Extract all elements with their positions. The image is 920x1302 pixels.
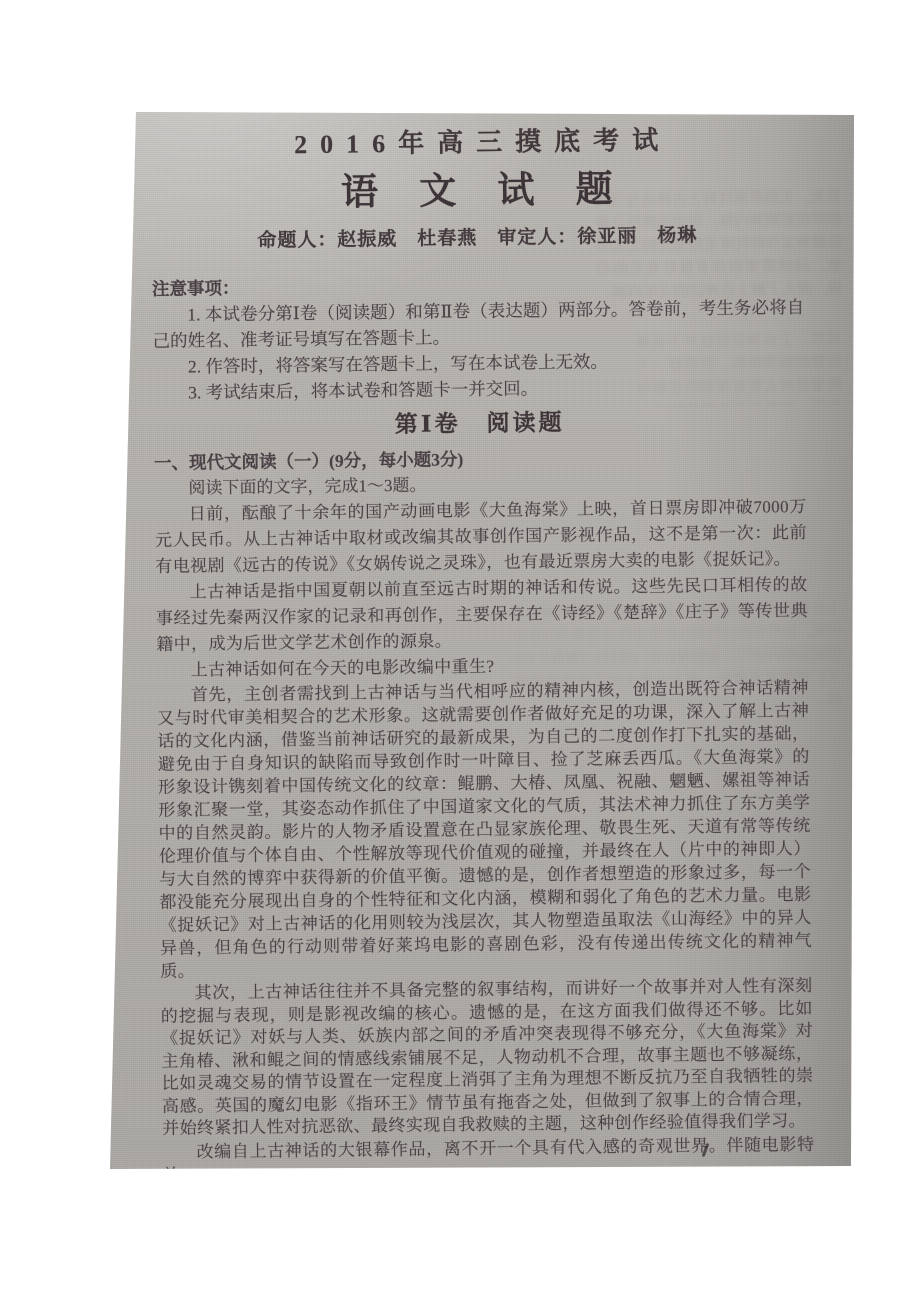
passage-paragraph: 上古神话是指中国夏朝以前直至远古时期的神话和传说。这些先民口耳相传的故事经过先秦…	[156, 572, 809, 658]
byline: 命题人：赵振威 杜春燕 审定人：徐亚丽 杨琳	[151, 222, 803, 256]
page-number-footer: 高三语文试题第1页（共8页）	[163, 1180, 815, 1212]
notice-item: 1. 本试卷分第Ⅰ卷（阅读题）和第Ⅱ卷（表达题）两部分。答卷前，考生务必将自己的…	[152, 294, 805, 354]
volume-heading: 第Ⅰ卷 阅读题	[153, 404, 805, 444]
passage-paragraph: 日前，酝酿了十余年的国产动画电影《大鱼海棠》上映，首日票房即冲破7000万元人民…	[155, 494, 808, 580]
exam-title: 2016年高三摸底考试	[150, 122, 802, 164]
passage-paragraph: 改编自上古神话的大银幕作品，离不开一个具有代入感的奇观世界。伴随电影特效	[162, 1132, 815, 1186]
reading-passage: 日前，酝酿了十余年的国产动画电影《大鱼海棠》上映，首日票房即冲破7000万元人民…	[155, 494, 815, 1186]
subject-title: 语 文 试 题	[151, 164, 804, 220]
passage-paragraph: 其次，上古神话往往并不具备完整的叙事结构，而讲好一个故事并对人性有深刻的挖掘与表…	[160, 975, 814, 1140]
passage-paragraph: 首先，主创者需找到上古神话与当代相呼应的精神内核，创造出既符合神话精神又与时代审…	[157, 676, 813, 983]
exam-paper-photo: 首先，主创者需找到上古神话与当代相呼应的精神内核，创造出既符合神话精神又与时代审…	[0, 0, 920, 1302]
notice-block: 注意事项： 1. 本试卷分第Ⅰ卷（阅读题）和第Ⅱ卷（表达题）两部分。答卷前，考生…	[152, 268, 806, 406]
screenshot-canvas: 首先，主创者需找到上古神话与当代相呼应的精神内核，创造出既符合神话精神又与时代审…	[0, 0, 920, 1302]
exam-page-content: 2016年高三摸底考试 语 文 试 题 命题人：赵振威 杜春燕 审定人：徐亚丽 …	[150, 122, 815, 1212]
